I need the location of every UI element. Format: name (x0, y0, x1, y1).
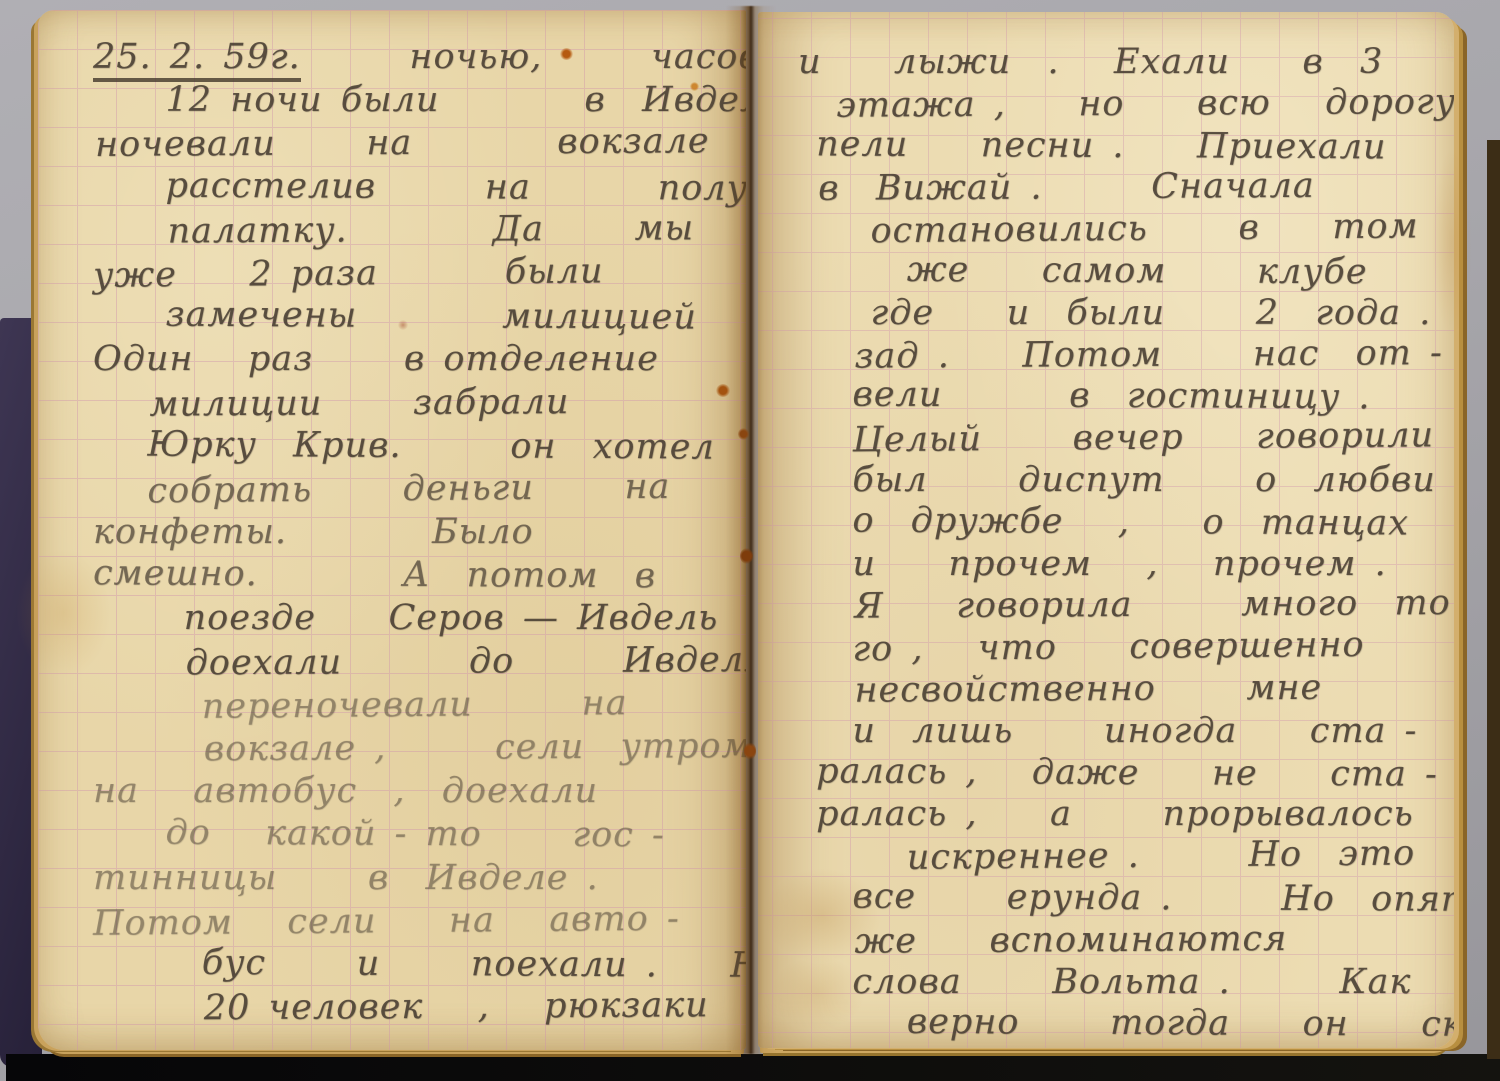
handwritten-line: несвойственно мне (800, 667, 1450, 713)
handwritten-line: до какой - то гос - (93, 812, 738, 859)
handwritten-line: этажа , но всю дорогу (800, 82, 1450, 128)
handwritten-line: был диспут о любви (798, 460, 1448, 502)
handwritten-line: Я говорила много то (800, 583, 1450, 629)
notebook-cover-bottom-edge (6, 1054, 1500, 1081)
handwritten-line: собрать деньги на (93, 465, 738, 514)
handwritten-line: о дружбе , о танцах (798, 500, 1448, 545)
handwritten-line: бус и поехали . Нас (93, 941, 738, 988)
handwritten-line: же самом клубе (798, 249, 1448, 294)
handwritten-line: остановились в том (798, 206, 1448, 253)
handwritten-line: конфеты. Было (93, 511, 738, 554)
notebook-photo: 25. 2. 59г. ночью, часов в 12 ночи были … (0, 0, 1500, 1081)
handwritten-line: переночевали на (93, 681, 738, 730)
handwritten-line: где и были 2 года . на (798, 293, 1448, 335)
handwritten-line: вели в гостиницу . (798, 375, 1448, 420)
handwritten-line: слова Вольта . Как (798, 962, 1448, 1004)
handwritten-line: верно тогда он ска (798, 1002, 1448, 1047)
handwritten-line: ралась , а прорывалось (798, 794, 1448, 836)
handwritten-line: палатку. Да мы (95, 207, 740, 254)
handwritten-line: же вспоминаются (800, 918, 1450, 964)
right-page-handwriting: и лыжи . Ехали в 3 этажа , но всю дорогу… (758, 12, 1454, 1048)
diary-right-page: и лыжи . Ехали в 3 этажа , но всю дорогу… (758, 12, 1454, 1048)
handwritten-line: 20 человек , рюкзаки (95, 984, 740, 1031)
handwritten-line: зад . Потом нас от - (800, 333, 1450, 379)
handwritten-line: все ерунда . Но опять (798, 876, 1448, 921)
handwritten-line: милиции забрали (95, 380, 740, 427)
left-page-lines: 12 ночи были в Ивделе,ночевали на вокзал… (93, 79, 738, 1029)
handwritten-line: уже 2 раза были (93, 249, 738, 298)
handwritten-line: на автобус , доехали (93, 770, 738, 813)
handwritten-line: расстелив на полу (93, 164, 738, 211)
handwritten-line: замечены милицией (93, 293, 738, 340)
handwritten-line: поезде Серов — Ивдель (93, 597, 738, 640)
date-heading: 25. 2. 59г. (93, 37, 301, 82)
handwritten-line: вокзале , сели утром (95, 725, 740, 772)
left-page-handwriting: 25. 2. 59г. ночью, часов в 12 ночи были … (38, 10, 746, 1050)
date-heading-line: 25. 2. 59г. ночью, часов в (93, 36, 738, 79)
handwritten-line: смешно. А потом в (93, 553, 738, 600)
handwritten-line: Один раз в отделение (93, 338, 738, 381)
handwritten-line: ралась , даже не ста - (798, 751, 1448, 796)
handwritten-line: тинницы в Ивделе . (93, 857, 738, 900)
handwritten-line: Юрку Крив. он хотел (93, 423, 738, 470)
handwritten-line: Потом сели на авто - (93, 897, 738, 946)
handwritten-line: го , что совершенно (798, 624, 1448, 671)
notebook-cover-right-edge (1487, 140, 1500, 1059)
right-page-lines: и лыжи . Ехали в 3 этажа , но всю дорогу… (798, 42, 1448, 1045)
handwritten-line: и лишь иногда ста - (798, 711, 1448, 753)
handwritten-line: пели песни . Приехали (798, 124, 1448, 169)
handwritten-line: доехали до Ивделя (95, 639, 740, 686)
notebook-cover-left-edge (0, 318, 42, 1067)
handwritten-line: 12 ночи были в Ивделе, (93, 79, 738, 122)
handwritten-line: в Вижай . Сначала (800, 165, 1450, 211)
diary-left-page: 25. 2. 59г. ночью, часов в 12 ночи были … (38, 10, 746, 1050)
handwritten-line: искреннее . Но это (798, 833, 1448, 880)
handwritten-line: ночевали на вокзале (95, 120, 740, 167)
handwritten-line: и прочем , прочем . (798, 544, 1448, 586)
date-heading-rest: ночью, часов в (301, 37, 746, 77)
handwritten-line: и лыжи . Ехали в 3 (798, 42, 1448, 84)
handwritten-line: Целый вечер говорили (798, 415, 1448, 462)
